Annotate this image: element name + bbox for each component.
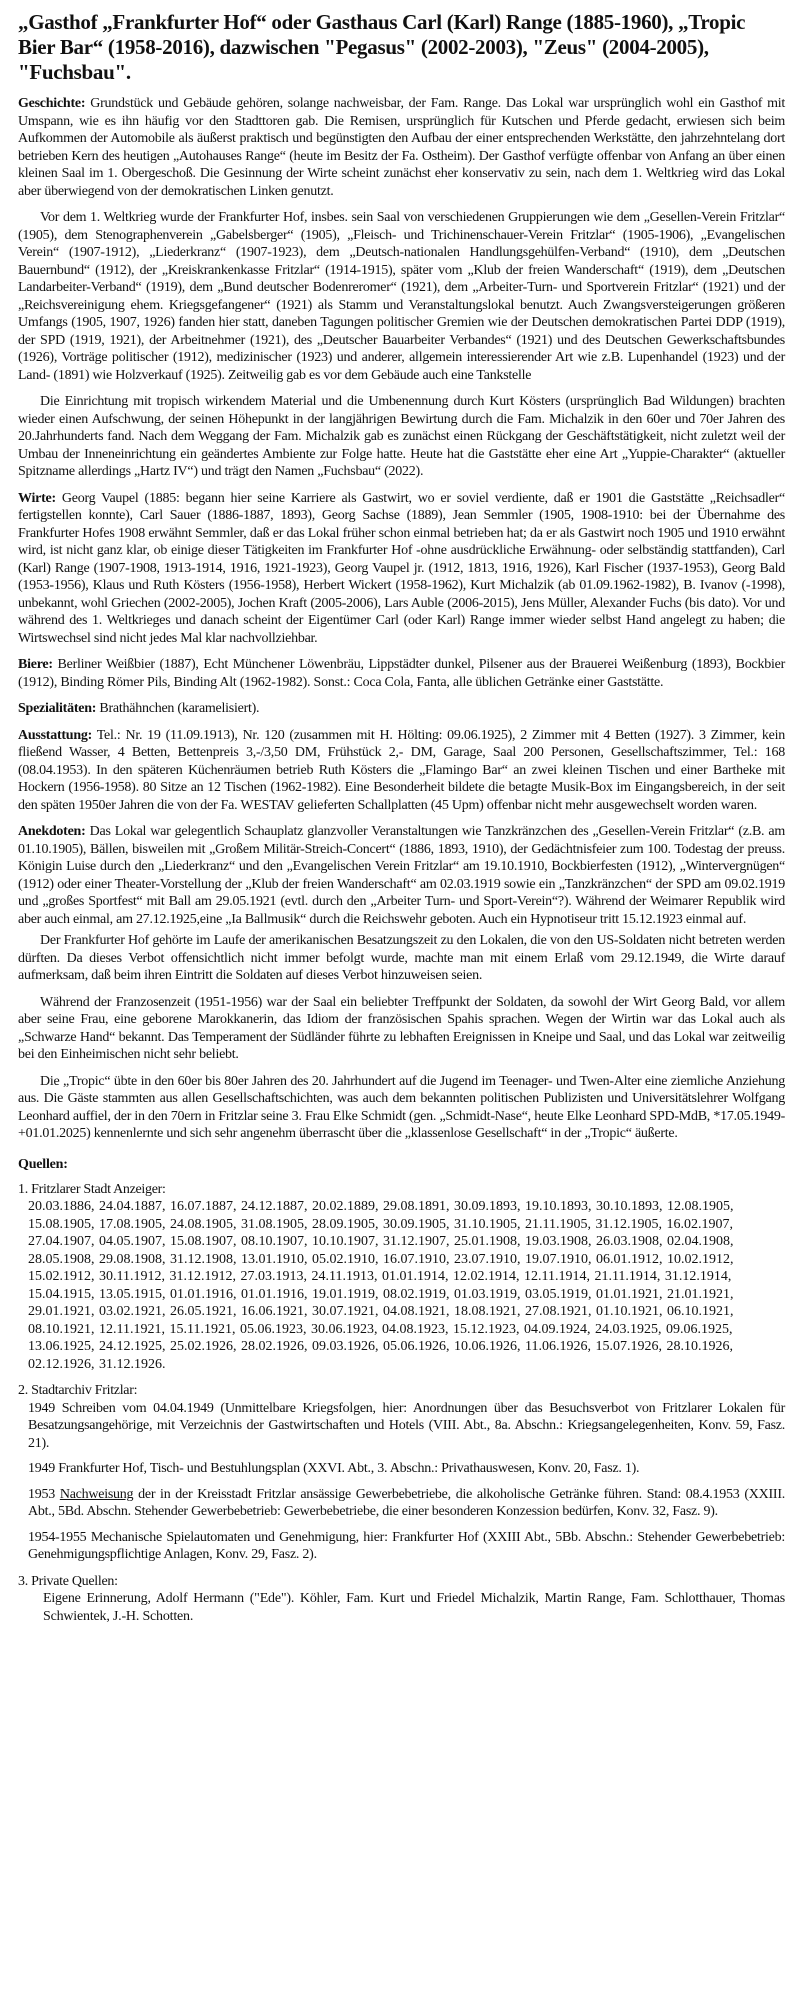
source-dates-list: 20.03.1886, 24.04.1887, 16.07.1887, 24.1… [18, 1198, 785, 1373]
section-wirte: Wirte: Georg Vaupel (1885: begann hier s… [18, 490, 785, 648]
paragraph: Die Einrichtung mit tropisch wirkendem M… [18, 393, 785, 481]
source-group-stadt-anzeiger: 1. Fritzlarer Stadt Anzeiger: 20.03.1886… [18, 1181, 785, 1374]
paragraph-text: Grundstück und Gebäude gehören, solange … [18, 96, 785, 199]
section-geschichte: Geschichte: Grundstück und Gebäude gehör… [18, 95, 785, 200]
section-ausstattung: Ausstattung: Tel.: Nr. 19 (11.09.1913), … [18, 727, 785, 815]
source-entry-text: der in der Kreisstadt Fritzlar ansässige… [28, 1487, 785, 1520]
section-anekdoten: Anekdoten: Das Lokal war gelegentlich Sc… [18, 823, 785, 928]
paragraph: Vor dem 1. Weltkrieg wurde der Frankfurt… [18, 209, 785, 384]
source-entry: 1949 Schreiben vom 04.04.1949 (Unmittelb… [28, 1400, 785, 1453]
paragraph-text: Brathähnchen (karamelisiert). [99, 701, 259, 716]
source-private-text: Eigene Erinnerung, Adolf Hermann ("Ede")… [18, 1590, 785, 1625]
paragraph: Die „Tropic“ übte in den 60er bis 80er J… [18, 1073, 785, 1143]
document-page: „Gasthof „Frankfurter Hof“ oder Gasthaus… [0, 0, 807, 1625]
source-entry-year: 1953 [28, 1487, 55, 1502]
section-biere: Biere: Berliner Weißbier (1887), Echt Mü… [18, 656, 785, 691]
source-entry: 1953 Nachweisung der in der Kreisstadt F… [28, 1486, 785, 1521]
section-label: Ausstattung: [18, 728, 92, 743]
section-label: Spezialitäten: [18, 701, 96, 716]
paragraph: Während der Franzosenzeit (1951-1956) wa… [18, 994, 785, 1064]
source-entries: 1949 Schreiben vom 04.04.1949 (Unmittelb… [18, 1400, 785, 1564]
section-label: Geschichte: [18, 96, 85, 111]
source-group-private: 3. Private Quellen: Eigene Erinnerung, A… [18, 1573, 785, 1626]
paragraph-text: Georg Vaupel (1885: begann hier seine Ka… [18, 491, 785, 646]
section-spezialitaeten: Spezialitäten: Brathähnchen (karamelisie… [18, 700, 785, 718]
page-title: „Gasthof „Frankfurter Hof“ oder Gasthaus… [18, 10, 785, 85]
source-entry: 1949 Frankfurter Hof, Tisch- und Bestuhl… [28, 1460, 785, 1478]
paragraph-text: Berliner Weißbier (1887), Echt Münchener… [18, 657, 785, 690]
source-group-heading: 3. Private Quellen: [18, 1573, 785, 1591]
source-group-heading: 1. Fritzlarer Stadt Anzeiger: [18, 1181, 785, 1199]
source-entry: 1954-1955 Mechanische Spielautomaten und… [28, 1529, 785, 1564]
source-group-heading: 2. Stadtarchiv Fritzlar: [18, 1382, 785, 1400]
section-label: Wirte: [18, 491, 56, 506]
underlined-term: Nachweisung [60, 1487, 133, 1502]
source-group-stadtarchiv: 2. Stadtarchiv Fritzlar: 1949 Schreiben … [18, 1382, 785, 1564]
paragraph: Der Frankfurter Hof gehörte im Laufe der… [18, 932, 785, 985]
sources-heading: Quellen: [18, 1157, 785, 1173]
section-label: Anekdoten: [18, 824, 86, 839]
section-label: Biere: [18, 657, 53, 672]
paragraph-text: Das Lokal war gelegentlich Schauplatz gl… [18, 824, 785, 927]
paragraph-text: Tel.: Nr. 19 (11.09.1913), Nr. 120 (zusa… [18, 728, 785, 813]
